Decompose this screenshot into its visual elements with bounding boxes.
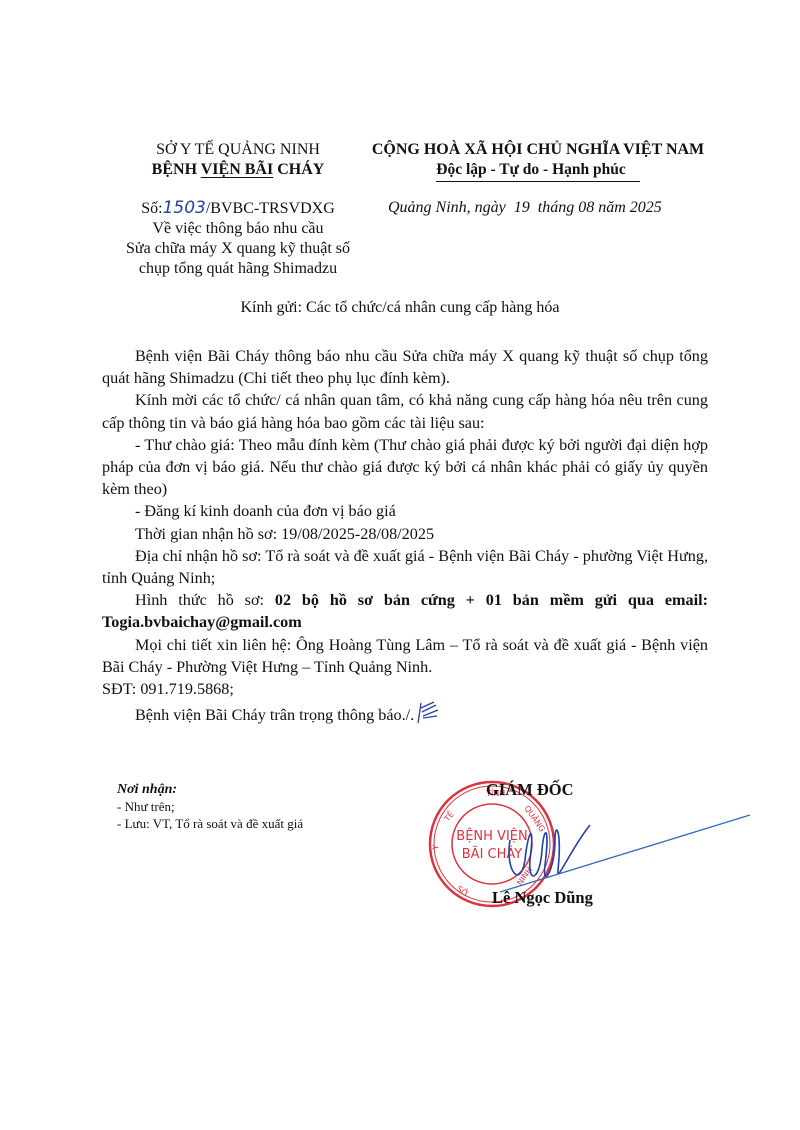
place-date: Quảng Ninh, ngày 19 tháng 08 năm 2025 bbox=[388, 199, 662, 217]
subject-line: Sửa chữa máy X quang kỹ thuật số bbox=[118, 239, 358, 259]
recipients-title: Nơi nhận: bbox=[117, 781, 317, 798]
recipients-list: Nơi nhận: - Như trên; - Lưu: VT, Tổ rà s… bbox=[117, 781, 317, 832]
phone-line: SĐT: 091.719.5868; bbox=[102, 678, 708, 700]
doc-number-handwritten: 1503 bbox=[163, 198, 206, 218]
body-paragraph: Địa chỉ nhận hồ sơ: Tổ rà soát và đề xuấ… bbox=[102, 545, 708, 589]
svg-text:Y: Y bbox=[431, 844, 440, 851]
submission-format-label: Hình thức hồ sơ: bbox=[135, 591, 275, 609]
org-name-underlined: VIỆN BÃI bbox=[201, 161, 273, 178]
closing-text: Bệnh viện Bãi Cháy trân trọng thông báo.… bbox=[135, 706, 414, 724]
subject-line: chụp tổng quát hãng Shimadzu bbox=[118, 259, 358, 279]
motto: Độc lập - Tự do - Hạnh phúc bbox=[436, 160, 639, 182]
recipient-line: Kính gửi: Các tổ chức/cá nhân cung cấp h… bbox=[0, 298, 800, 318]
subject-line: Về việc thông báo nhu cầu bbox=[118, 219, 358, 239]
body-paragraph: - Đăng kí kinh doanh của đơn vị báo giá bbox=[102, 500, 708, 522]
closing-paragraph: Bệnh viện Bãi Cháy trân trọng thông báo.… bbox=[102, 700, 708, 726]
document-number-block: Số:1503/BVBC-TRSVDXG Về việc thông báo n… bbox=[118, 198, 358, 279]
signer-title: GIÁM ĐỐC bbox=[486, 780, 574, 800]
org-name-part: BỆNH bbox=[152, 161, 201, 178]
recipient-item: - Lưu: VT, Tổ rà soát và đề xuất giá bbox=[117, 815, 317, 832]
nation-title: CỘNG HOÀ XÃ HỘI CHỦ NGHĨA VIỆT NAM bbox=[358, 140, 718, 160]
parent-org: SỞ Y TẾ QUẢNG NINH bbox=[118, 140, 358, 160]
document-number: Số:1503/BVBC-TRSVDXG bbox=[118, 198, 358, 219]
doc-number-suffix: /BVBC-TRSVDXG bbox=[206, 200, 335, 217]
org-name-part: CHÁY bbox=[273, 161, 324, 178]
body-paragraph: Bệnh viện Bãi Cháy thông báo nhu cầu Sửa… bbox=[102, 345, 708, 389]
body-paragraph: Hình thức hồ sơ: 02 bộ hồ sơ bản cứng + … bbox=[102, 589, 708, 633]
issuing-org-block: SỞ Y TẾ QUẢNG NINH BỆNH VIỆN BÃI CHÁY bbox=[118, 140, 358, 180]
initials-mark-icon bbox=[414, 700, 440, 724]
body-paragraph: Thời gian nhận hồ sơ: 19/08/2025-28/08/2… bbox=[102, 523, 708, 545]
doc-number-prefix: Số: bbox=[141, 200, 162, 217]
body-paragraph: Kính mời các tổ chức/ cá nhân quan tâm, … bbox=[102, 389, 708, 433]
svg-text:TẾ: TẾ bbox=[440, 808, 456, 824]
org-name: BỆNH VIỆN BÃI CHÁY bbox=[118, 160, 358, 180]
letter-body: Bệnh viện Bãi Cháy thông báo nhu cầu Sửa… bbox=[102, 345, 708, 726]
signature-icon bbox=[500, 800, 760, 900]
body-paragraph: Mọi chi tiết xin liên hệ: Ông Hoàng Tùng… bbox=[102, 634, 708, 678]
body-paragraph: - Thư chào giá: Theo mẫu đính kèm (Thư c… bbox=[102, 434, 708, 501]
recipient-item: - Như trên; bbox=[117, 798, 317, 815]
national-header-block: CỘNG HOÀ XÃ HỘI CHỦ NGHĨA VIỆT NAM Độc l… bbox=[358, 140, 718, 182]
signer-name: Lê Ngọc Dũng bbox=[492, 888, 593, 908]
